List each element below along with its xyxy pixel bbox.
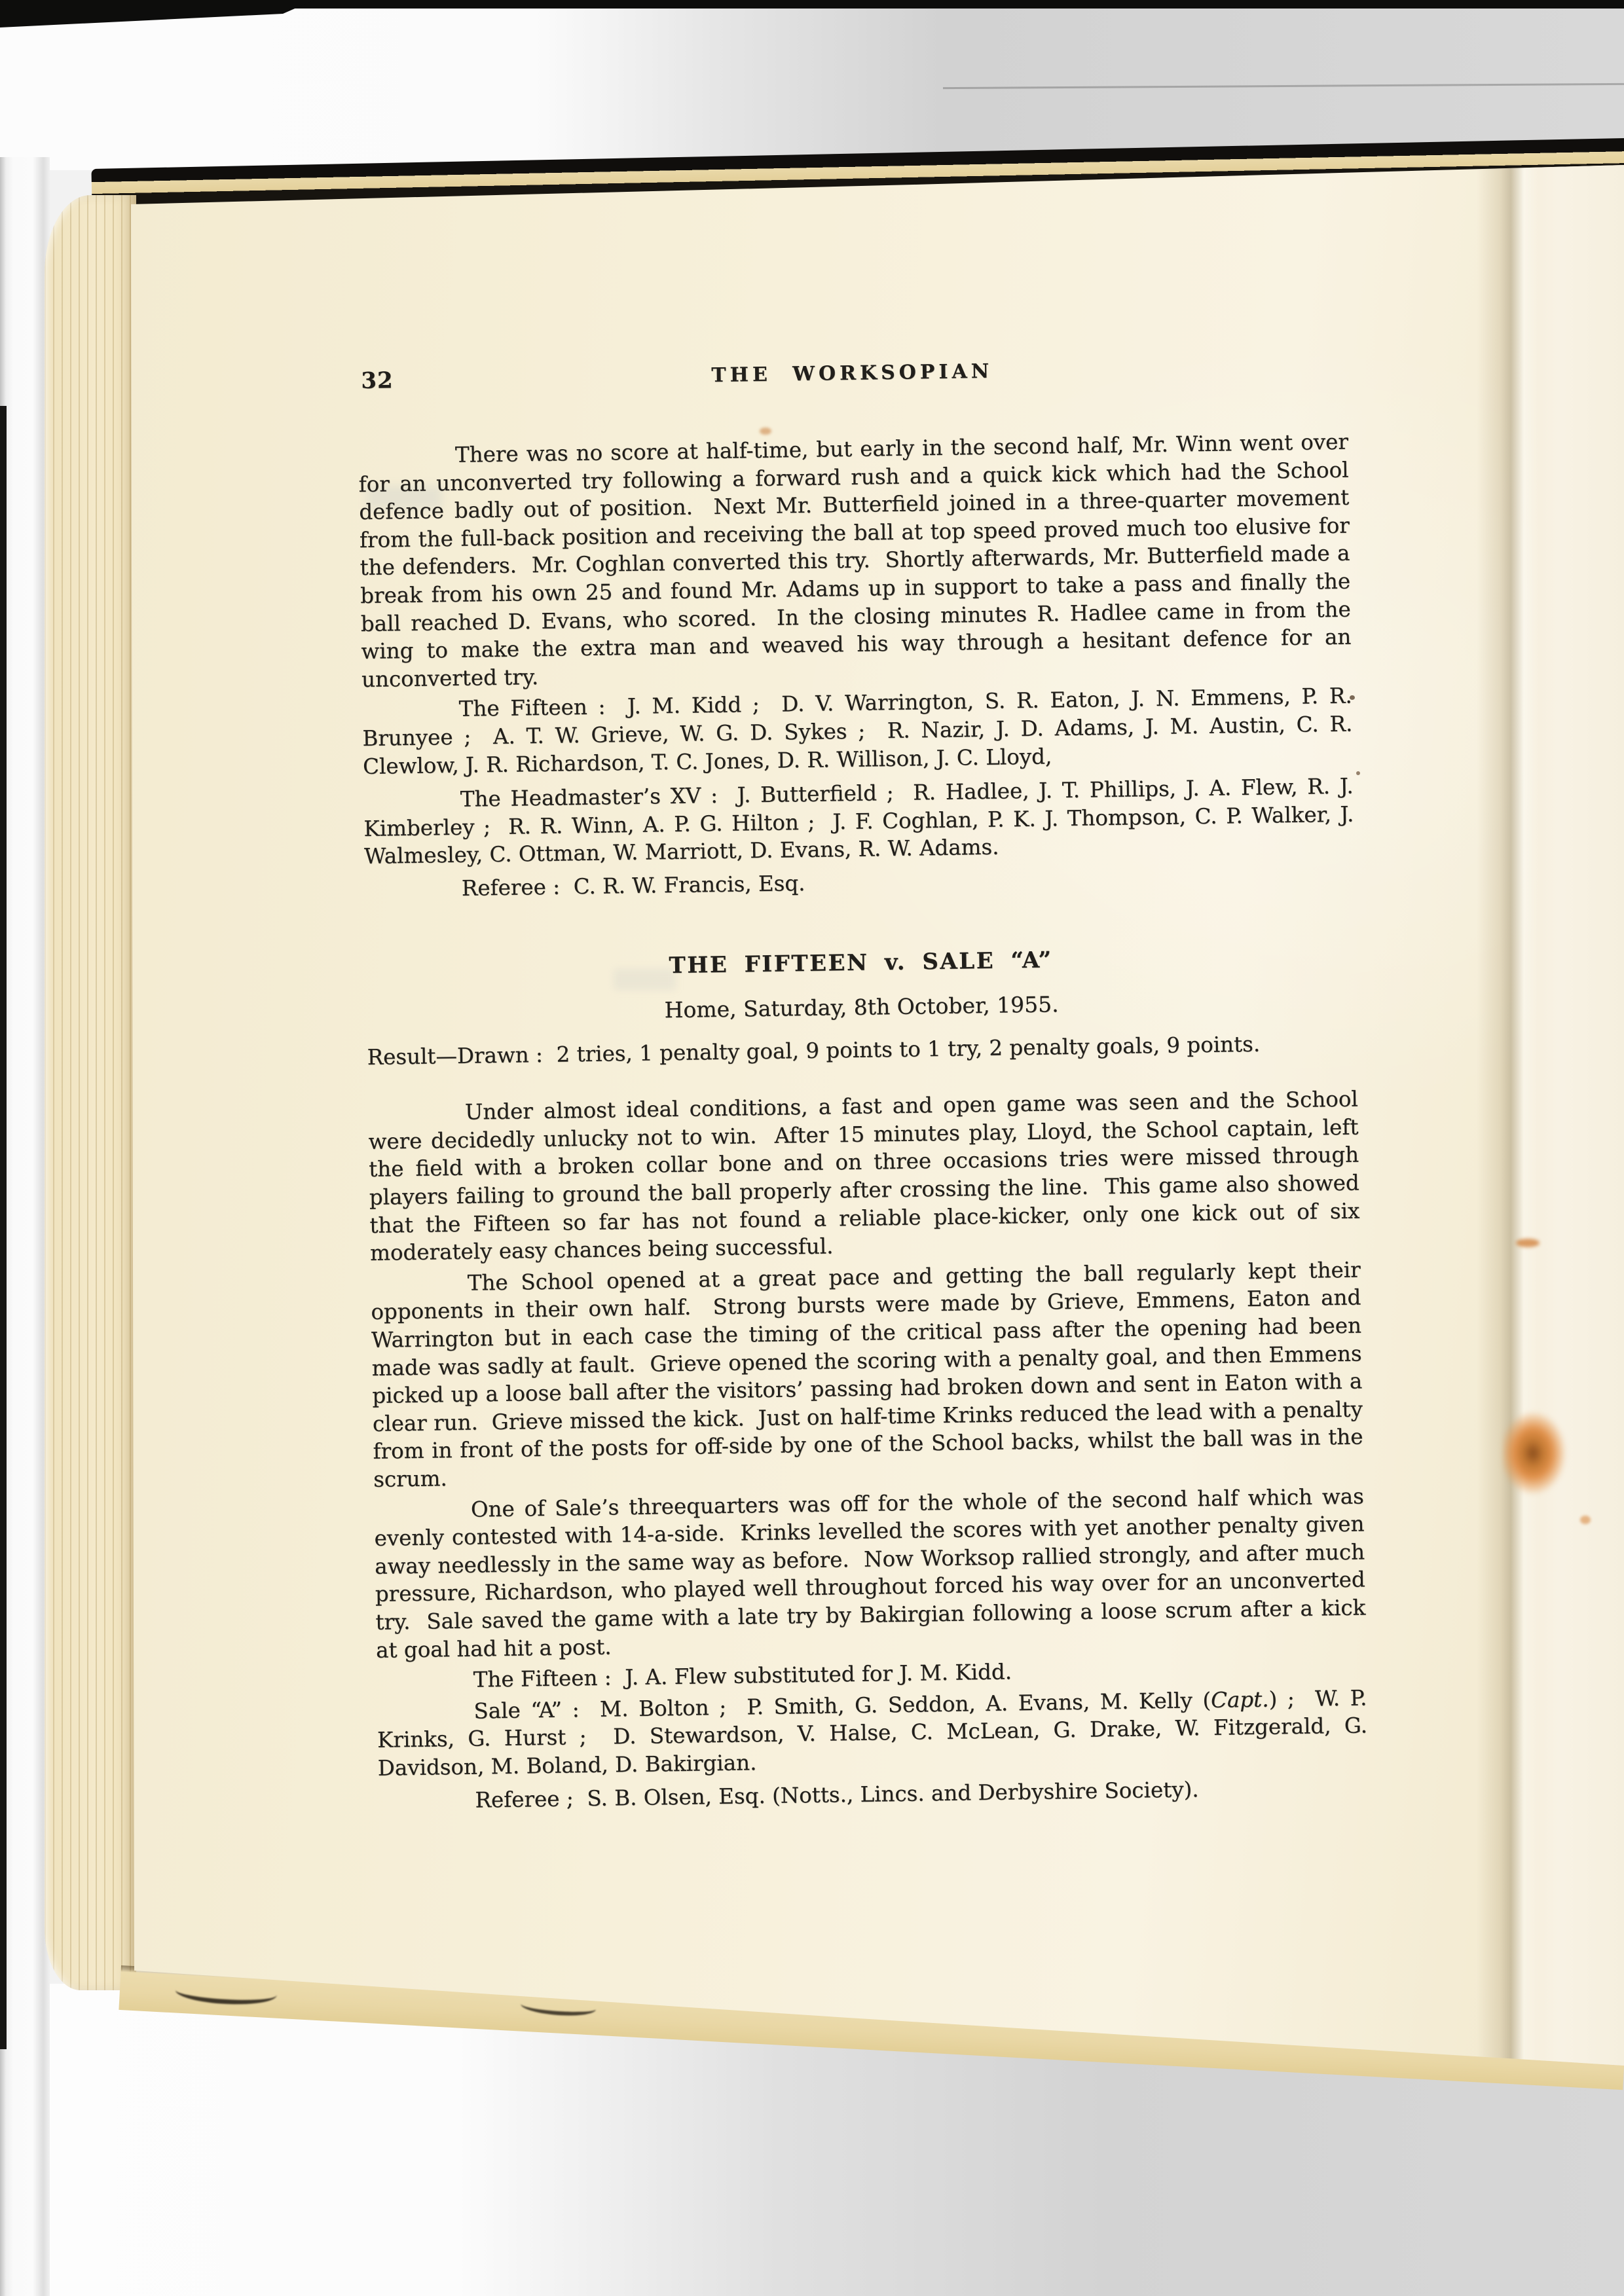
match-report-paragraph: There was no score at half-time, but ear… xyxy=(358,428,1352,694)
match-report-paragraph: One of Sale’s threequarters was off for … xyxy=(374,1482,1367,1664)
rust-stain-dot xyxy=(1580,1516,1591,1524)
captain-italic: Capt. xyxy=(1211,1686,1269,1712)
match-report-paragraph: Under almost ideal conditions, a fast an… xyxy=(368,1085,1361,1267)
book-page: 32 THE WORKSOPIAN There was no score at … xyxy=(128,151,1624,2069)
printed-text-block: 32 THE WORKSOPIAN There was no score at … xyxy=(357,352,1369,1819)
section-title: THE FIFTEEN v. SALE “A” xyxy=(365,941,1356,984)
rust-stain-large xyxy=(1503,1380,1568,1498)
page-header-row: 32 THE WORKSOPIAN xyxy=(357,352,1348,397)
scanner-bed-left-column xyxy=(0,157,50,2296)
scanned-book-page: 32 THE WORKSOPIAN There was no score at … xyxy=(0,0,1624,2296)
rust-stain-small xyxy=(1516,1239,1540,1247)
team-list-sale-a: Sale “A” : M. Bolton ; P. Smith, G. Sedd… xyxy=(377,1684,1368,1782)
team-list-headmasters-xv: The Headmaster’s XV : J. Butterfield ; R… xyxy=(363,773,1355,871)
running-header: THE WORKSOPIAN xyxy=(357,352,1347,392)
book-cover-left-edge xyxy=(0,406,7,2049)
match-report-paragraph: The School opened at a great pace and ge… xyxy=(370,1256,1363,1493)
book-fore-edge-left xyxy=(45,195,136,1990)
result-line: Result—Drawn : 2 tries, 1 penalty goal, … xyxy=(367,1029,1357,1071)
match-subtitle: Home, Saturday, 8th October, 1955. xyxy=(366,987,1356,1029)
page-number: 32 xyxy=(361,367,394,394)
page-curl-shadow xyxy=(1477,151,1624,2069)
team-list-fifteen: The Fifteen : J. M. Kidd ; D. V. Warring… xyxy=(361,682,1353,780)
